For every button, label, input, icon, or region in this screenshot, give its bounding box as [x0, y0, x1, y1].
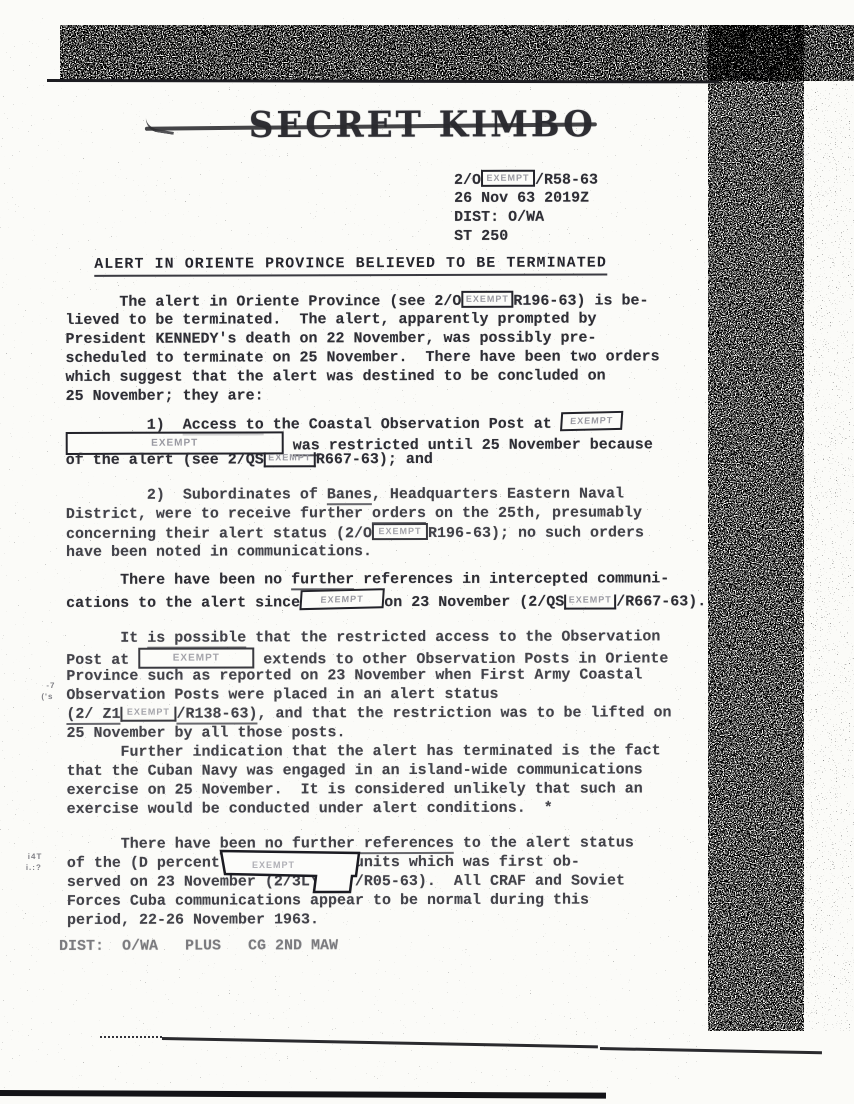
text-line: exercise would be conducted under alert … [67, 798, 661, 819]
text-segment: R667-63); and [316, 451, 433, 468]
text-segment: Further indication that the alert has te… [67, 742, 661, 761]
item-1: 1) Access to the Coastal Observation Pos… [66, 411, 653, 470]
strikethrough-line-tail [144, 115, 176, 134]
text-segment: exercise on 25 November. It is considere… [67, 780, 643, 799]
text-segment: There have been no [66, 571, 291, 589]
text-line: Further indication that the alert has te… [66, 741, 660, 762]
text-segment: which suggest that the alert was destine… [66, 368, 606, 386]
text-line: have been noted in communications. [66, 541, 644, 562]
scan-artifact-line [100, 1036, 162, 1038]
text-segment: to the alert status [454, 834, 634, 851]
text-segment: /R667-63). [616, 593, 706, 610]
text-line: 26 Nov 63 2019Z [454, 189, 598, 208]
text-line: 1) Access to the Coastal Observation Pos… [66, 411, 653, 432]
exempt-stamp: EXEMPT [120, 707, 176, 722]
text-segment: of the (D percent units which was first … [67, 854, 580, 872]
text-segment: exercise would be conducted under alert … [67, 800, 553, 818]
text-segment: scheduled to terminate on 25 November. T… [65, 348, 659, 367]
exempt-stamp: EXEMPT [264, 452, 316, 467]
item-2: 2) Subordinates of Banes, Headquarters E… [66, 484, 644, 562]
text-line: Forces Cuba communications appear to be … [67, 890, 634, 910]
text-line: lieved to be terminated. The alert, appa… [65, 309, 659, 330]
text-line: President KENNEDY's death on 22 November… [65, 328, 659, 349]
text-line: (2/ Z1EXEMPT/R138-63), and that the rest… [66, 703, 671, 724]
text-segment: 2/O [454, 172, 481, 189]
text-line: It is possible that the restricted acces… [66, 627, 671, 648]
text-line: Observation Posts were placed in an aler… [66, 684, 671, 705]
text-segment: District, were to receive further [66, 505, 372, 523]
text-segment: 25 November by all those posts. [66, 724, 345, 742]
distribution-line: DIST: O/WA PLUS CG 2ND MAW [59, 936, 338, 956]
text-segment: , and that the restriction was to be lif… [257, 704, 671, 722]
text-segment: /R138-63) [176, 705, 257, 724]
text-segment: further [291, 571, 354, 590]
text-segment: It [66, 630, 147, 647]
text-segment: DIST: O/WA [454, 209, 544, 226]
text-segment: have been noted in communications. [66, 543, 372, 561]
text-line: Province such as reported on 23 November… [66, 665, 671, 686]
text-line: served on 23 November (2/3L\ /R05-63). A… [67, 871, 634, 891]
text-line: 2) Subordinates of Banes, Headquarters E… [66, 484, 644, 505]
para-3: There have been no further references in… [66, 569, 706, 609]
text-segment: concerning their alert status (2/O [66, 525, 372, 543]
text-line: 2/OEXEMPT/R58-63 [454, 170, 598, 189]
para-4: It is possible that the restricted acces… [66, 627, 671, 743]
text-line: exercise on 25 November. It is considere… [67, 779, 661, 800]
margin-annotation: i4T [28, 852, 43, 861]
exempt-stamp: EXEMPT [299, 588, 384, 610]
text-line: period, 22-26 November 1963. [67, 909, 634, 929]
margin-annotation: ('s [41, 692, 53, 701]
text-segment: cations to the alert since [66, 594, 300, 612]
text-segment: Banes [327, 486, 372, 505]
text-line: There have been no further references in… [66, 569, 706, 590]
text-segment: period, 22-26 November 1963. [67, 911, 319, 929]
text-segment: orders [372, 505, 426, 524]
exempt-stamp: EXEMPT [461, 291, 513, 308]
text-segment: Observation Posts were placed in an aler… [66, 686, 498, 704]
text-segment: Forces Cuba communications appear to be … [67, 892, 589, 910]
text-segment: that the Cuban Navy was engaged in an is… [67, 761, 643, 780]
exempt-stamp: EXEMPT [372, 523, 428, 540]
para-5: Further indication that the alert has te… [66, 741, 660, 819]
text-line: that the Cuban Navy was engaged in an is… [67, 760, 661, 781]
text-line: The alert in Oriente Province (see 2/OEX… [65, 290, 659, 311]
exempt-stamp: EXEMPT [481, 170, 535, 187]
text-line: of the (D percent units which was first … [67, 852, 634, 872]
text-segment: references in intercepted communi- [354, 570, 669, 588]
text-line: 25 November by all those posts. [66, 722, 671, 743]
document-title: ALERT IN ORIENTE PROVINCE BELIEVED TO BE… [94, 254, 607, 277]
exempt-stamp: EXEMPT [564, 595, 616, 610]
text-segment: 26 Nov 63 2019Z [454, 190, 589, 207]
text-line: cations to the alert sinceEXEMPTon 23 No… [66, 588, 706, 609]
text-line: EXEMPT was restricted until 25 November … [66, 430, 653, 451]
text-line: There have been no further references to… [67, 833, 634, 853]
text-segment: been no further references [220, 835, 454, 855]
margin-annotation: i.:? [26, 863, 42, 872]
text-segment: served on 23 November (2/3L\ /R05-63). A… [67, 872, 625, 890]
text-segment: /R58-63 [535, 172, 598, 189]
text-line: which suggest that the alert was destine… [66, 366, 660, 387]
text-line: ST 250 [454, 227, 598, 246]
text-segment: ST 250 [454, 228, 508, 245]
text-segment: (2/ Z1 [66, 706, 120, 725]
text-segment: Province such as reported on 23 November… [66, 666, 642, 685]
para-6: There have been no further references to… [67, 833, 634, 929]
text-segment: There have [67, 836, 220, 853]
text-segment: that the restricted access to the Observ… [246, 628, 660, 646]
text-segment: on 23 November (2/QS [384, 594, 564, 611]
text-segment: of the alert (see 2/QS [66, 451, 264, 469]
text-segment: lieved to be terminated. The alert, appa… [65, 311, 596, 329]
text-segment: is possible [147, 629, 246, 648]
scanned-document-page: SECRET KIMBO ALERT IN ORIENTE PROVINCE B… [0, 0, 854, 1104]
text-segment: President KENNEDY's death on 22 November… [65, 330, 596, 348]
text-segment: R196-63) is be- [513, 292, 648, 309]
text-line: District, were to receive further orders… [66, 503, 644, 524]
text-segment: DIST: O/WA PLUS CG 2ND MAW [59, 937, 338, 955]
para-1: The alert in Oriente Province (see 2/OEX… [65, 290, 659, 406]
text-segment: on the 25th, presumably [426, 504, 642, 522]
text-layer: SECRET KIMBO ALERT IN ORIENTE PROVINCE B… [0, 0, 854, 1104]
text-line: scheduled to terminate on 25 November. T… [65, 347, 659, 368]
text-line: concerning their alert status (2/OEXEMPT… [66, 522, 644, 543]
exempt-stamp: EXEMPT [560, 411, 623, 431]
text-line: DIST: O/WA [454, 208, 598, 227]
text-segment: 2) Subordinates of [66, 486, 327, 504]
text-segment: 25 November; they are: [66, 387, 264, 405]
text-line: Post at EXEMPT extends to other Observat… [66, 646, 671, 667]
text-line: DIST: O/WA PLUS CG 2ND MAW [59, 936, 338, 956]
text-segment: R196-63); no such orders [428, 524, 644, 542]
header-block: 2/OEXEMPT/R58-6326 Nov 63 2019ZDIST: O/W… [454, 170, 598, 246]
text-segment: The alert in Oriente Province (see 2/O [65, 293, 461, 311]
margin-annotation: -7 [46, 681, 55, 690]
text-line: 25 November; they are: [66, 385, 660, 406]
text-segment: , Headquarters Eastern Naval [372, 485, 624, 503]
